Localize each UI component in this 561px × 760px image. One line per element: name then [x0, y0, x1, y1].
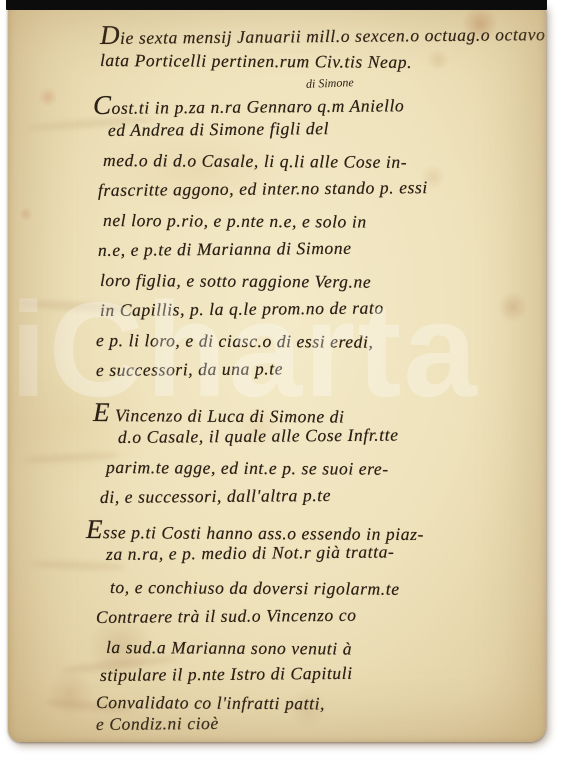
- manuscript-line: d.o Casale, il quale alle Cose Infr.tte: [118, 425, 399, 448]
- manuscript-line: la sud.a Marianna sono venuti à: [106, 637, 352, 660]
- manuscript-line: parim.te agge, ed int.e p. se suoi ere-: [106, 457, 389, 480]
- manuscript-line: nel loro p.rio, e p.nte n.e, e solo in: [103, 210, 367, 233]
- manuscript-line: Die sexta mensij Januarii mill.o sexcen.…: [100, 16, 546, 51]
- manuscript-line: za n.ra, e p. medio di Not.r già tratta-: [106, 541, 395, 565]
- manuscript-line: in Capillis, p. la q.le prom.no de rato: [100, 298, 384, 321]
- interlinear-insertion: di Simone: [306, 75, 354, 92]
- scanned-manuscript-photo: Die sexta mensij Januarii mill.o sexcen.…: [0, 0, 561, 760]
- manuscript-line: med.o di d.o Casale, li q.li alle Cose i…: [103, 150, 407, 173]
- manuscript-line: stipulare il p.nte Istro di Capituli: [100, 663, 353, 686]
- manuscript-line: loro figlia, e sotto raggione Verg.ne: [100, 270, 371, 293]
- manuscript-line: Cost.ti in p.za n.ra Gennaro q.m Aniello: [93, 87, 405, 121]
- manuscript-line: Contraere trà il sud.o Vincenzo co: [96, 605, 357, 628]
- manuscript-line: di, e successori, dall'altra p.te: [100, 485, 331, 508]
- manuscript-page: Die sexta mensij Januarii mill.o sexcen.…: [8, 2, 546, 742]
- manuscript-line: ed Andrea di Simone figli del: [108, 118, 329, 141]
- manuscript-line: e successori, da una p.te: [96, 358, 283, 381]
- manuscript-line: e p. li loro, e di ciasc.o di essi eredi…: [96, 330, 374, 353]
- scanner-edge-bar: [6, 0, 547, 10]
- manuscript-line: to, e conchiuso da doversi rigolarm.te: [110, 577, 400, 600]
- manuscript-line: frascritte aggono, ed inter.no stando p.…: [98, 177, 428, 201]
- manuscript-line: n.e, e p.te di Marianna di Simone: [98, 238, 352, 261]
- manuscript-line: lata Porticelli pertinen.rum Civ.tis Nea…: [100, 50, 412, 73]
- manuscript-line: Convalidato co l'infratti patti,: [96, 692, 325, 714]
- manuscript-line: e Condiz.ni cioè: [96, 713, 219, 735]
